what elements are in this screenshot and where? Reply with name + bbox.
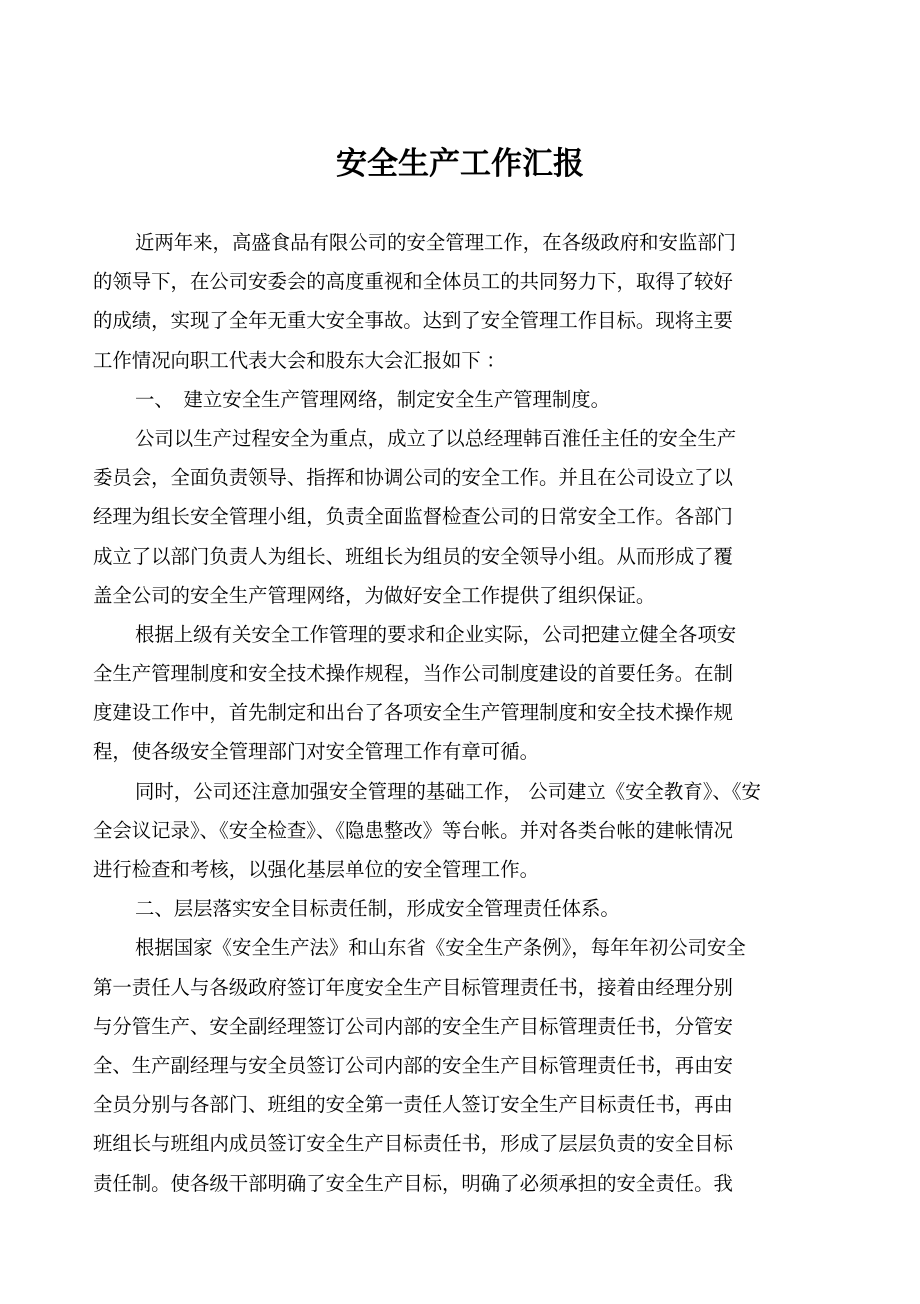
- paragraph: 同时，公司还注意加强安全管理的基础工作， 公司建立《安全教育》、《安全会议记录》…: [93, 773, 753, 891]
- document-page: 安全生产工作汇报 近两年来，高盛食品有限公司的安全管理工作，在各级政府和安监部门…: [0, 0, 920, 1304]
- text-line: 二、层层落实安全目标责任制，形成安全管理责任体系。: [93, 890, 753, 929]
- paragraph: 一、 建立安全生产管理网络，制定安全生产管理制度。: [93, 381, 753, 420]
- text-line: 全员分别与各部门、班组的安全第一责任人签订安全生产目标责任书，再由: [93, 1086, 753, 1125]
- paragraph: 公司以生产过程安全为重点，成立了以总经理韩百淮任主任的安全生产委员会，全面负责领…: [93, 420, 753, 616]
- text-line: 盖全公司的安全生产管理网络，为做好安全工作提供了组织保证。: [93, 577, 753, 616]
- text-line: 进行检查和考核，以强化基层单位的安全管理工作。: [93, 851, 753, 890]
- text-line: 一、 建立安全生产管理网络，制定安全生产管理制度。: [93, 381, 753, 420]
- text-line: 全生产管理制度和安全技术操作规程，当作公司制度建设的首要任务。在制: [93, 655, 753, 694]
- text-line: 程，使各级安全管理部门对安全管理工作有章可循。: [93, 733, 753, 772]
- text-line: 工作情况向职工代表大会和股东大会汇报如下 ：: [93, 342, 753, 381]
- text-line: 委员会，全面负责领导、指挥和协调公司的安全工作。并且在公司设立了以: [93, 459, 753, 498]
- text-line: 全、生产副经理与安全员签订公司内部的安全生产目标管理责任书，再由安: [93, 1047, 753, 1086]
- paragraph: 二、层层落实安全目标责任制，形成安全管理责任体系。: [93, 890, 753, 929]
- text-line: 责任制。使各级干部明确了安全生产目标，明确了必须承担的安全责任。我: [93, 1165, 753, 1204]
- text-line: 全会议记录》、《安全检查》、《隐患整改》等台帐。并对各类台帐的建帐情况: [93, 812, 753, 851]
- paragraph: 近两年来，高盛食品有限公司的安全管理工作，在各级政府和安监部门的领导下，在公司安…: [93, 224, 753, 381]
- document-title: 安全生产工作汇报: [0, 142, 920, 186]
- paragraph: 根据上级有关安全工作管理的要求和企业实际，公司把建立健全各项安全生产管理制度和安…: [93, 616, 753, 773]
- text-line: 的成绩，实现了全年无重大安全事故。达到了安全管理工作目标。现将主要: [93, 302, 753, 341]
- text-line: 度建设工作中，首先制定和出台了各项安全生产管理制度和安全技术操作规: [93, 694, 753, 733]
- text-line: 班组长与班组内成员签订安全生产目标责任书，形成了层层负责的安全目标: [93, 1125, 753, 1164]
- document-body: 近两年来，高盛食品有限公司的安全管理工作，在各级政府和安监部门的领导下，在公司安…: [93, 224, 753, 1204]
- text-line: 的领导下，在公司安委会的高度重视和全体员工的共同努力下，取得了较好: [93, 263, 753, 302]
- paragraph: 根据国家《安全生产法》和山东省《安全生产条例》，每年年初公司安全第一责任人与各级…: [93, 929, 753, 1203]
- text-line: 根据国家《安全生产法》和山东省《安全生产条例》，每年年初公司安全: [93, 929, 753, 968]
- text-line: 近两年来，高盛食品有限公司的安全管理工作，在各级政府和安监部门: [93, 224, 753, 263]
- text-line: 成立了以部门负责人为组长、班组长为组员的安全领导小组。从而形成了覆: [93, 538, 753, 577]
- text-line: 公司以生产过程安全为重点，成立了以总经理韩百淮任主任的安全生产: [93, 420, 753, 459]
- text-line: 经理为组长安全管理小组，负责全面监督检查公司的日常安全工作。各部门: [93, 498, 753, 537]
- text-line: 根据上级有关安全工作管理的要求和企业实际，公司把建立健全各项安: [93, 616, 753, 655]
- text-line: 同时，公司还注意加强安全管理的基础工作， 公司建立《安全教育》、《安: [93, 773, 753, 812]
- text-line: 第一责任人与各级政府签订年度安全生产目标管理责任书，接着由经理分别: [93, 969, 753, 1008]
- text-line: 与分管生产、安全副经理签订公司内部的安全生产目标管理责任书，分管安: [93, 1008, 753, 1047]
